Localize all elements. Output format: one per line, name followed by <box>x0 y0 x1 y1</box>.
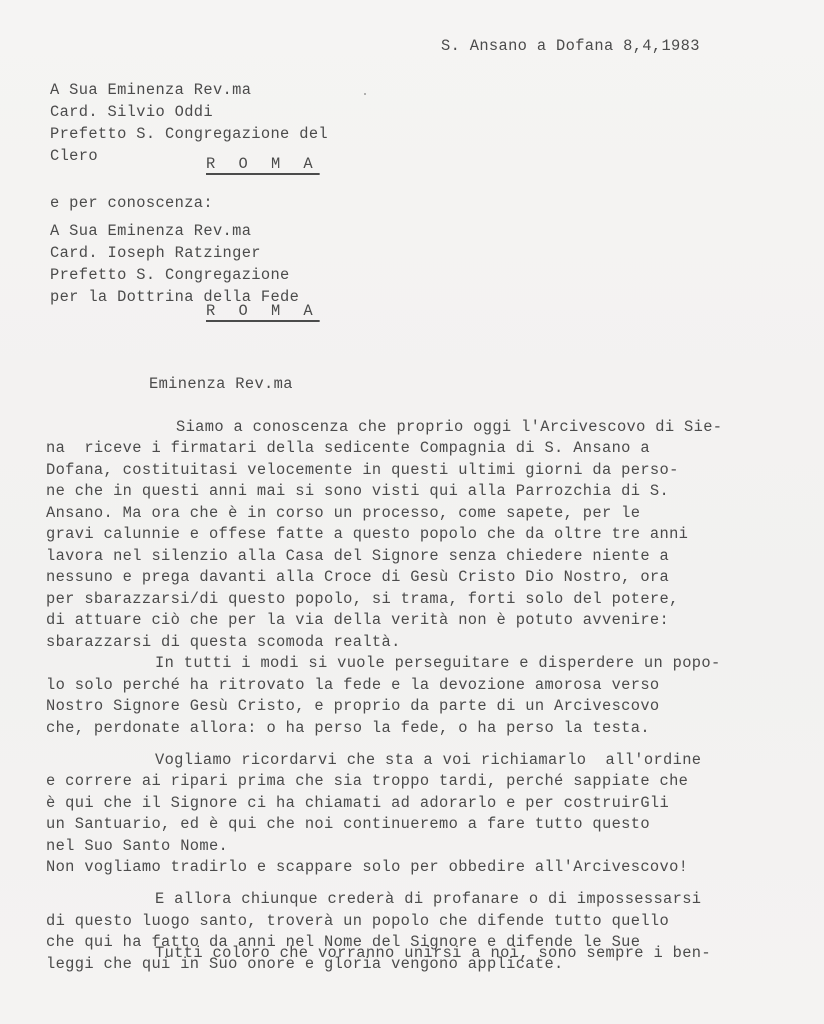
cc-line: Card. Ioseph Ratzinger <box>50 243 261 263</box>
body-line: è qui che il Signore ci ha chiamati ad a… <box>46 793 669 813</box>
body-line: di questo luogo santo, troverà un popolo… <box>46 911 669 931</box>
cc-city: R O M A <box>206 301 320 321</box>
letter-page: S. Ansano a Dofana 8,4,1983 A Sua Eminen… <box>0 0 824 1024</box>
body-line: Tutti coloro che vorranno unirsi a noi, … <box>155 943 711 963</box>
body-line: Nostro Signore Gesù Cristo, e proprio da… <box>46 696 660 716</box>
body-line: gravi calunnie e offese fatte a questo p… <box>46 524 688 544</box>
recipient-city: R O M A <box>206 154 320 174</box>
place-date: S. Ansano a Dofana 8,4,1983 <box>441 36 700 56</box>
body-line: E allora chiunque crederà di profanare o… <box>155 889 701 909</box>
body-line: Vogliamo ricordarvi che sta a voi richia… <box>155 750 701 770</box>
body-line: nel Suo Santo Nome. <box>46 836 228 856</box>
body-line: In tutti i modi si vuole perseguitare e … <box>155 653 721 673</box>
body-line: Siamo a conoscenza che proprio oggi l'Ar… <box>176 417 722 437</box>
recipient-line: Clero <box>50 146 98 166</box>
recipient-line: Card. Silvio Oddi <box>50 102 213 122</box>
recipient-line: Prefetto S. Congregazione del <box>50 124 328 144</box>
body-line: che, perdonate allora: o ha perso la fed… <box>46 718 650 738</box>
body-line: ne che in questi anni mai si sono visti … <box>46 481 669 501</box>
body-line: lo solo perché ha ritrovato la fede e la… <box>46 675 660 695</box>
body-line: na riceve i firmatari della sedicente Co… <box>46 438 650 458</box>
paper-speck <box>364 93 366 95</box>
body-line: lavora nel silenzio alla Casa del Signor… <box>46 546 669 566</box>
body-line: di attuare ciò che per la via della veri… <box>46 610 669 630</box>
salutation: Eminenza Rev.ma <box>149 374 293 394</box>
cc-line: A Sua Eminenza Rev.ma <box>50 221 251 241</box>
body-line: per sbarazzarsi/di questo popolo, si tra… <box>46 589 679 609</box>
body-line: sbarazzarsi di questa scomoda realtà. <box>46 632 401 652</box>
body-line: un Santuario, ed è qui che noi continuer… <box>46 814 650 834</box>
recipient-line: A Sua Eminenza Rev.ma <box>50 80 251 100</box>
body-line: e correre ai ripari prima che sia troppo… <box>46 771 688 791</box>
body-line: Ansano. Ma ora che è in corso un process… <box>46 503 640 523</box>
body-line: Non vogliamo tradirlo e scappare solo pe… <box>46 857 688 877</box>
body-line: Dofana, costituitasi velocemente in ques… <box>46 460 679 480</box>
cc-line: Prefetto S. Congregazione <box>50 265 290 285</box>
cc-label: e per conoscenza: <box>50 193 213 213</box>
body-line: nessuno e prega davanti alla Croce di Ge… <box>46 567 669 587</box>
